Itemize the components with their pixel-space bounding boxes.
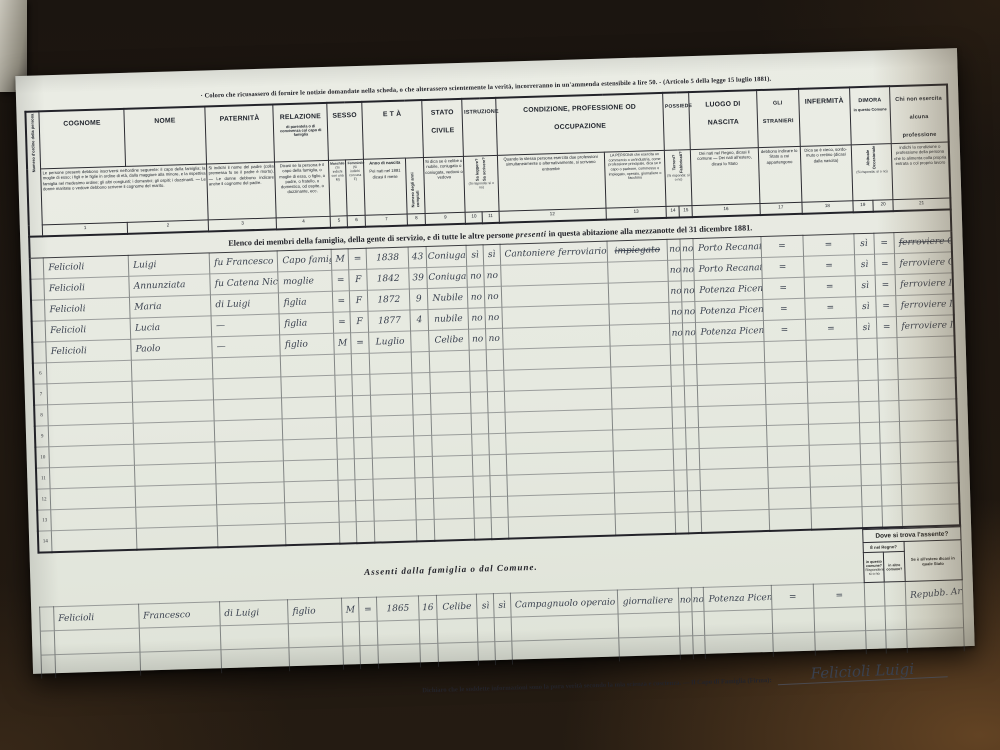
entry-cell [679,636,693,660]
entry-cell: ferroviere Id [896,294,954,317]
entry-cell [282,396,336,419]
entry-cell [865,606,886,631]
row-number-cell: 14 [38,531,52,553]
col-cognome: COGNOME [39,109,125,169]
entry-cell: Celibe [436,594,477,619]
absent-box-estero: Se è all'estero dicasi in quale Stato [904,540,963,582]
entry-cell [808,423,859,445]
row-number-cell [40,631,55,655]
entry-cell: ferroviere Cantoniere [894,231,952,254]
entry-cell: = [803,234,854,256]
entry-cell [355,479,373,501]
entry-cell [679,612,693,636]
census-form: · Coloro che ricusassero di fornire le n… [24,56,965,665]
entry-cell [773,632,816,657]
entry-cell [419,619,437,644]
entry-cell [411,330,429,352]
row-number-cell: 6 [33,363,47,384]
entry-cell [432,455,473,477]
entry-cell: Luglio [369,331,412,353]
entry-cell [866,630,887,654]
entry-cell [432,434,473,456]
entry-cell: = [804,276,855,298]
entry-cell: — [211,314,280,337]
entry-cell: = [805,318,856,340]
entry-cell [674,470,688,491]
entry-cell [378,644,421,669]
entry-cell [608,281,669,304]
entry-cell [607,260,668,283]
entry-cell [429,350,470,372]
column-number: 5 [330,216,348,228]
entry-cell: = [349,248,367,270]
entry-cell [769,508,812,531]
entry-cell [374,499,417,521]
entry-cell [685,386,699,407]
entry-cell: M [331,249,349,271]
sesso-f-desc: Femminile(Si indichi con una F) [346,159,365,215]
entry-cell [881,464,902,486]
col-luogo-nascita: LUOGO DI NASCITA [689,90,758,149]
entry-cell [283,417,337,440]
entry-cell [612,407,673,430]
eta-anno-desc: Anno di nascitaPei nati nel 1881 dicasi … [363,158,407,215]
entry-cell [765,403,808,425]
entry-cell: sì [483,244,500,265]
entry-cell [372,436,415,458]
row-number-cell: 9 [35,426,49,447]
entry-cell: = [874,233,895,255]
entry-cell [134,442,216,465]
entry-cell: 1842 [367,268,410,290]
entry-cell [335,375,353,397]
entry-cell [54,628,140,655]
eta-anni-desc: Numero degli anni compiuti [406,158,425,214]
entry-cell [764,361,807,383]
entry-cell: Luigi [128,253,210,276]
entry-cell [415,456,433,478]
entry-cell [697,363,765,386]
entry-cell [687,448,701,469]
entry-cell: impiegato [607,239,668,262]
entry-cell: Porto Recanati [693,237,761,260]
entry-cell [412,372,430,394]
entry-cell: no [468,308,485,329]
entry-cell [360,621,378,646]
entry-cell: sì [854,254,875,276]
entry-cell [371,415,414,437]
entry-cell [897,336,955,359]
entry-cell: Felicioli [45,318,130,342]
column-number: 11 [482,211,499,223]
entry-cell [613,449,674,472]
entry-cell [339,501,357,523]
entry-cell [433,476,474,498]
row-number-cell: 7 [33,384,47,405]
entry-cell: Coniugato [426,245,467,267]
entry-cell [431,413,472,435]
entry-cell [699,425,767,448]
entry-cell: F [349,269,367,291]
entry-cell [861,485,882,507]
entry-cell [342,622,360,647]
entry-cell: no [683,323,697,344]
entry-cell: Felicioli [44,276,129,300]
census-form-paper: · Coloro che ricusassero di fornire le n… [15,48,974,674]
entry-cell: no [680,239,694,260]
present-members-rows: FelicioliLuigifu FrancescoCapo famigliaM… [30,231,960,553]
condizione-persona-desc: LA PERSONA che esercita un commercio o u… [604,150,666,208]
column-number: 8 [407,214,425,226]
entry-cell [766,424,809,446]
entry-cell: sì [477,594,494,618]
entry-cell [885,605,906,630]
entry-cell [47,381,132,405]
entry-cell [413,393,431,415]
col-paternita: PATERNITÀ [205,104,275,163]
entry-cell [412,351,430,373]
col-sesso: SESSO [327,102,364,161]
absent-box-q2: in altro comune? [884,551,905,582]
entry-cell [899,399,957,422]
entry-cell: figlia [279,312,333,335]
col-istruzione: ISTRUZIONE [462,98,497,156]
entry-cell [885,581,906,606]
entry-cell [811,507,862,530]
entry-cell [55,652,141,678]
entry-cell [857,338,878,360]
entry-cell [470,371,487,392]
istruzione-desc: Sa leggere?Sa scrivere?(Si risponda: sì … [464,155,499,212]
entry-cell: no [669,281,683,302]
entry-cell [673,428,687,449]
row-number-cell [31,300,45,321]
entry-cell: 4 [410,309,428,331]
col-stato-civile: STATO CIVILE [422,99,464,158]
entry-cell: = [805,297,856,319]
entry-cell [475,518,492,540]
entry-cell [370,394,413,416]
entry-cell [487,370,504,391]
entry-cell [489,454,506,475]
row-number-cell [32,321,46,342]
row-number-cell [40,607,55,631]
row-number-cell [41,655,56,679]
entry-cell: Potenza Picena [696,321,764,344]
entry-cell [131,358,213,381]
entry-cell [686,427,700,448]
column-number: 15 [679,206,692,218]
col-eta: E T À [362,100,424,159]
entry-cell [671,344,685,365]
absent-box-q1: in questo comune?Rispondere: sì o no [863,552,884,583]
entry-cell [221,648,290,674]
entry-cell: M [334,333,352,355]
entry-cell: no [486,328,503,349]
entry-cell: = [762,298,805,320]
entry-cell: Coniugata [427,266,468,288]
entry-cell [700,467,768,490]
entry-cell [857,359,878,381]
entry-cell: Lucia [130,316,212,339]
entry-cell [353,395,371,417]
entry-cell [698,384,766,407]
absent-caption: Assenti dalla famiglia o dal Comune. [364,562,538,577]
entry-cell [898,357,956,380]
entry-cell [768,487,811,509]
entry-cell: Felicioli [46,339,131,363]
entry-cell: Francesco [138,602,220,628]
entry-cell [814,607,865,632]
entry-cell: 39 [409,267,427,289]
row-number-cell: 13 [37,510,51,531]
entry-cell [879,401,900,423]
entry-cell: 1877 [368,310,411,332]
entry-cell: no [467,266,484,287]
entry-cell: = [814,583,865,608]
entry-cell [815,631,866,656]
entry-cell: no [468,287,485,308]
entry-cell [420,643,438,667]
entry-cell [49,423,134,447]
entry-cell [487,391,504,412]
entry-cell: = [333,312,351,334]
entry-cell [417,519,435,541]
entry-cell: M [341,598,359,623]
entry-cell: 1838 [366,247,409,269]
entry-cell: no [682,281,696,302]
entry-cell: di Luigi [211,293,280,316]
entry-cell [50,486,135,510]
entry-cell: = [760,235,803,257]
entry-cell [692,611,706,635]
entry-cell [615,512,676,535]
entry-cell [764,340,807,362]
column-number: 19 [853,200,874,212]
row-number-cell: 8 [34,405,48,426]
entry-cell [438,642,479,667]
sesso-m-desc: Maschile(Si indichi con una M) [328,160,347,216]
entry-cell [285,501,339,524]
entry-cell: no [484,265,501,286]
entry-cell [900,420,958,443]
entry-cell [860,443,881,465]
entry-cell [49,444,134,468]
entry-cell [355,458,373,480]
entry-cell [858,380,879,402]
entry-cell [611,386,672,409]
entry-cell: no [678,588,692,612]
census-table: Numero d'ordine della persona COGNOME NO… [24,83,961,553]
entry-cell: Campagnuolo operaio [510,590,618,617]
entry-cell [688,511,702,533]
entry-cell: Nubile [427,287,468,309]
entry-cell [508,514,616,539]
entry-cell: moglie [278,270,332,293]
entry-cell [373,478,416,500]
entry-cell [374,520,417,543]
entry-cell: Celibe [428,329,469,351]
entry-cell: sì [855,275,876,297]
entry-cell [352,353,370,375]
row-number-cell [30,279,44,300]
row-number-cell: 12 [37,489,51,510]
entry-cell: Potenza Picena [695,300,763,323]
entry-cell [881,484,902,506]
entry-cell: = [875,275,896,297]
entry-cell [906,628,964,653]
entry-cell [610,344,671,367]
entry-cell: sì [856,317,877,339]
row-number-cell: 11 [36,468,50,489]
entry-cell [675,491,689,512]
entry-cell: ferroviere Id [895,273,953,296]
dimora-desc: AbitualeOccasionale(Si risponda: sì o no… [851,144,893,201]
entry-cell [136,526,218,550]
column-number: 20 [873,200,894,212]
entry-cell [810,486,861,508]
entry-cell [369,352,412,374]
entry-cell: Paolo [131,337,213,360]
entry-cell: figlia [279,291,333,314]
entry-cell [132,379,214,402]
entry-cell [135,463,217,486]
entry-cell [470,350,487,371]
entry-cell [684,365,698,386]
entry-cell [416,498,434,520]
entry-cell [674,449,688,470]
entry-cell: 9 [410,288,428,310]
entry-cell [334,354,352,376]
entry-cell [377,620,420,645]
entry-cell [491,517,508,539]
entry-cell [216,461,285,484]
entry-cell [860,464,881,486]
entry-cell: no [669,302,683,323]
row-number-cell [30,258,44,279]
entry-cell: Felicioli [44,255,129,279]
entry-cell [360,645,378,669]
entry-cell [48,402,133,426]
entry-cell [343,646,361,670]
entry-cell [886,629,907,653]
row-number-cell: 10 [35,447,49,468]
entry-cell [283,438,337,461]
entry-cell: — [212,335,281,358]
entry-cell [767,445,810,467]
entry-cell [705,609,773,635]
entry-cell [139,626,221,652]
entry-cell [701,488,769,511]
entry-cell [705,633,773,658]
entry-cell: sì [854,233,875,255]
entry-cell [900,441,958,464]
row-number-cell [32,342,46,363]
entry-cell: F [350,311,368,333]
entry-cell [901,462,959,485]
entry-cell [284,459,338,482]
entry-cell [213,356,282,379]
entry-cell [692,635,706,659]
entry-cell [676,512,690,534]
column-number: 14 [666,206,679,218]
entry-cell [882,505,903,527]
entry-cell [472,413,489,434]
col-possiede: POSSIEDE [663,92,691,150]
entry-cell [430,392,471,414]
entry-cell [372,457,415,479]
entry-cell: sì [467,245,484,266]
entry-cell [767,466,810,488]
entry-cell: = [351,332,369,354]
entry-cell [281,375,335,398]
absent-location-value: Repubb. Argentina [909,584,962,601]
entry-cell [474,497,491,518]
entry-cell [335,396,353,418]
entry-cell [214,398,283,421]
stranieri-desc: debbono indicare lo Stato a cui apparten… [758,146,802,203]
col-chi-non-esercita: Chi non esercita alcuna professione [890,84,949,143]
col-dimora: DIMORAin questo Comune [849,86,891,145]
entry-cell: = [876,317,897,339]
entry-cell [511,614,619,641]
entry-cell [52,528,137,552]
entry-cell [337,438,355,460]
entry-cell [877,338,898,360]
entry-cell: = [761,256,804,278]
entry-cell [490,475,507,496]
entry-cell [864,582,885,607]
entry-cell [806,339,857,361]
entry-cell: fu Francesco [209,251,278,274]
entry-cell [213,377,282,400]
entry-cell: Potenza Picena [704,585,772,611]
entry-cell: = [876,296,897,318]
entry-cell [880,443,901,465]
entry-cell [859,422,880,444]
entry-cell: Potenza Picena [694,279,762,302]
entry-cell [609,323,670,346]
entry-cell [619,636,681,661]
entry-cell [810,465,861,487]
entry-cell [879,422,900,444]
entry-cell [135,484,217,507]
entry-cell [618,612,680,638]
entry-cell [902,504,960,527]
entry-cell [699,446,767,469]
entry-cell [356,500,374,522]
entry-cell [809,444,860,466]
entry-cell [494,617,511,641]
entry-cell [612,428,673,451]
entry-cell [478,642,495,666]
entry-cell [354,416,372,438]
entry-cell: = [763,319,806,341]
entry-cell [610,365,671,388]
entry-cell: nubile [428,308,469,330]
entry-cell: 1872 [367,289,410,311]
entry-cell [902,483,960,506]
entry-cell [614,491,675,514]
entry-cell [430,371,471,393]
entry-cell [215,440,284,463]
entry-cell [671,365,685,386]
entry-cell: figlio [280,333,334,356]
entry-cell: Porto Recanati [694,258,762,281]
entry-cell [685,406,699,427]
entry-cell [337,459,355,481]
entry-cell [415,477,433,499]
